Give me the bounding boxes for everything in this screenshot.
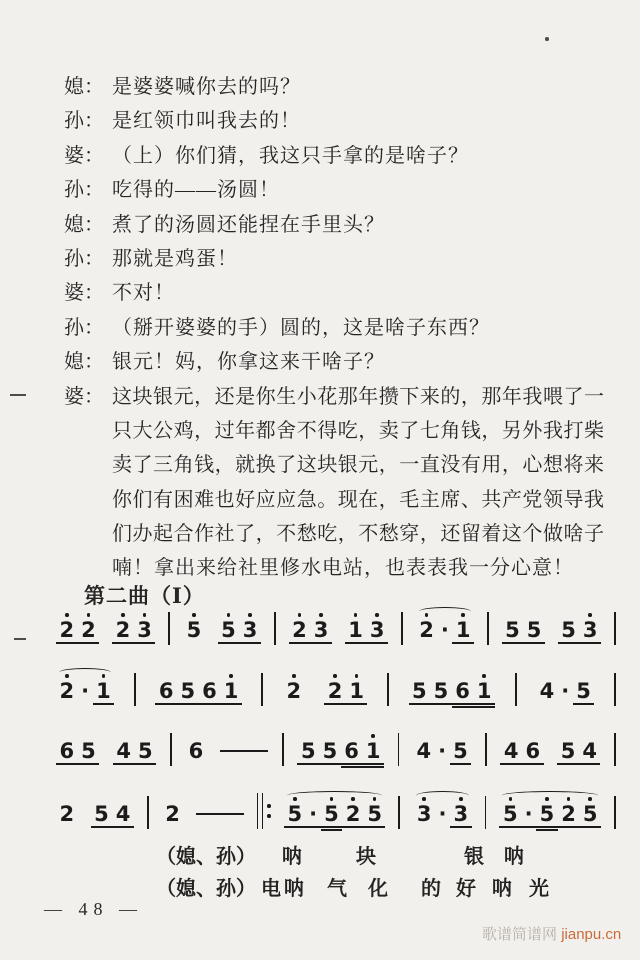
lyric-syllable: 呐 [282, 840, 302, 869]
augmentation-dot: · [521, 797, 536, 825]
note: 5 [558, 613, 580, 641]
note: 3 [579, 613, 601, 641]
octave-dot [588, 613, 592, 617]
note-value: 4 [582, 740, 597, 762]
note-value: 5 [323, 740, 338, 762]
note-value: 5 [180, 680, 195, 702]
watermark-site-url: jianpu.cn [561, 926, 621, 943]
page-number: — 48 — [44, 899, 143, 920]
note: 3 [450, 797, 472, 825]
note-group: 6 [185, 734, 207, 762]
dialogue-line: 媳：是婆婆喊你去的吗？ [64, 70, 604, 104]
lyric-syllable: 的 [421, 872, 441, 901]
note-value: 2 [346, 803, 361, 825]
lyric-syllable: 化 [368, 872, 388, 901]
note-value: 6 [525, 740, 540, 762]
repeat-dots [267, 804, 271, 817]
octave-dot [375, 613, 379, 617]
note-value: 5 [287, 803, 302, 825]
octave-dot [87, 613, 91, 617]
note-value: 5 [561, 740, 576, 762]
dialogue-line: 卖了三角钱，就换了这块银元，一直没有用，心想将来 [64, 448, 604, 482]
dialogue-text: （掰开婆婆的手）圆的，这是啥子东西？ [112, 311, 490, 345]
barline [614, 796, 616, 829]
note-value: 2 [81, 619, 96, 641]
note: 5 [134, 734, 156, 762]
dialogue-text: 只大公鸡，过年都舍不得吃，卖了七角钱，另外我打柴 [112, 414, 604, 448]
note: 2 [78, 613, 100, 641]
note: 4 [113, 734, 135, 762]
lyric-role-label: （媳、孙） [156, 840, 256, 869]
dialogue-line: 媳：煮了的汤圆还能捏在手里头？ [64, 208, 604, 242]
note: 5 [177, 674, 199, 702]
note: 5 [409, 674, 431, 702]
note-value: 4 [116, 803, 131, 825]
octave-dot [65, 613, 69, 617]
octave-dot [333, 674, 337, 678]
note-value: 1 [348, 619, 363, 641]
speaker-label: 媳： [64, 345, 112, 379]
dialogue-line: 婆：这块银元，还是你生小花那年攒下来的，那年我喂了一 [64, 380, 604, 414]
note-value: 5 [187, 619, 202, 641]
dialogue-text: （上）你们猜，我这只手拿的是啥子？ [112, 139, 469, 173]
note: 1 [362, 734, 384, 762]
barline [614, 673, 616, 706]
speaker-label: 婆： [64, 380, 112, 414]
octave-dot [545, 797, 549, 801]
note-group: 2·1 [56, 674, 114, 702]
note: 4 [579, 734, 601, 762]
note-value: 3 [583, 619, 598, 641]
speaker-label: 婆： [64, 139, 112, 173]
note-value: · [309, 803, 317, 825]
barline [134, 673, 136, 706]
note-value: 2 [419, 619, 434, 641]
note-value: 6 [344, 740, 359, 762]
octave-dot [229, 674, 233, 678]
note-value: 2 [292, 619, 307, 641]
augmentation-dot: · [78, 674, 93, 702]
note-value: 5 [453, 740, 468, 762]
octave-dot [121, 613, 125, 617]
octave-dot [65, 674, 69, 678]
note: 5 [183, 613, 205, 641]
augmentation-dot: · [306, 797, 321, 825]
note-value: 5 [583, 803, 598, 825]
note-group: 5561 [297, 734, 384, 762]
note-group: 53 [218, 613, 261, 641]
score-line: 25425·5253·35·525 [56, 793, 616, 825]
note-value: 5 [138, 740, 153, 762]
dialogue-line: 孙：是红领巾叫我去的！ [64, 104, 604, 138]
note-group: 53 [558, 613, 601, 641]
note: 3 [239, 613, 261, 641]
note: 1 [473, 674, 495, 702]
dialogue-text: 不对！ [112, 276, 175, 310]
octave-dot [588, 797, 592, 801]
note: 4 [536, 674, 558, 702]
note-group: 23 [289, 613, 332, 641]
note-value: · [441, 619, 449, 641]
octave-dot [292, 674, 296, 678]
note-value: 3 [453, 803, 468, 825]
note-group: 3·3 [413, 797, 471, 825]
note-value: 5 [81, 740, 96, 762]
note-value: 1 [96, 680, 111, 702]
octave-dot [143, 613, 147, 617]
score-line: 6545655614·54654 [56, 733, 616, 762]
barline [387, 673, 389, 706]
dialogue-text: 是婆婆喊你去的吗？ [112, 70, 301, 104]
speaker-label: 媳： [64, 208, 112, 242]
dialogue-text: 卖了三角钱，就换了这块银元，一直没有用，心想将来 [112, 448, 604, 482]
note: 4 [413, 734, 435, 762]
octave-dot [422, 797, 426, 801]
note: 5 [502, 613, 524, 641]
note: 6 [155, 674, 177, 702]
barline [515, 673, 517, 706]
octave-dot [102, 674, 106, 678]
note: 2 [56, 613, 78, 641]
barline [485, 733, 487, 766]
barline [401, 612, 403, 645]
lyric-syllable: 电 [261, 872, 281, 901]
repeat-dot [267, 814, 271, 818]
dialogue-line: 媳：银元！妈，你拿这来干啥子？ [64, 345, 604, 379]
note-value: 5 [301, 740, 316, 762]
dialogue-text: 是红领巾叫我去的！ [112, 104, 301, 138]
dialogue-line: 你们有困难也好应应急。现在，毛主席、共产党领导我 [64, 483, 604, 517]
dialogue-text: 们办起合作社了，不愁吃，不愁穿，还留着这个做啥子 [112, 517, 604, 551]
note-group: 65 [56, 734, 99, 762]
note-value: 5 [324, 803, 339, 825]
note-value: 2 [561, 803, 576, 825]
lyric-syllable: 块 [356, 840, 376, 869]
barline [398, 796, 400, 829]
dialogue-line: 孙：（掰开婆婆的手）圆的，这是啥子东西？ [64, 311, 604, 345]
octave-dot [248, 613, 252, 617]
augmentation-dot: · [558, 674, 573, 702]
note-group: 2 [162, 797, 184, 825]
note: 5 [78, 734, 100, 762]
octave-dot [355, 674, 359, 678]
dialogue-text: 你们有困难也好应应急。现在，毛主席、共产党领导我 [112, 483, 604, 517]
dialogue-line: 孙：那就是鸡蛋！ [64, 242, 604, 276]
dialogue-line: 婆：不对！ [64, 276, 604, 310]
octave-dot [482, 674, 486, 678]
lyric-syllable: 银 [464, 840, 484, 869]
note-value: 5 [503, 803, 518, 825]
octave-dot [425, 613, 429, 617]
note: 5 [450, 734, 472, 762]
watermark: 歌谱简谱网 jianpu.cn [482, 923, 621, 944]
barline [485, 796, 487, 829]
barline [147, 796, 149, 829]
note-value: 1 [349, 680, 364, 702]
note: 5 [523, 613, 545, 641]
lyrics-row: （媳、孙）电呐气化的好呐光 [0, 872, 640, 900]
lyric-syllable: 呐 [504, 840, 524, 869]
note-value: 5 [540, 803, 555, 825]
note-value: 2 [60, 680, 75, 702]
note-group: 23 [112, 613, 155, 641]
dialogue-line: 们办起合作社了，不愁吃，不愁穿，还留着这个做啥子 [64, 517, 604, 551]
dialogue-text: 吃得的——汤圆！ [112, 173, 280, 207]
octave-dot [459, 797, 463, 801]
note: 1 [452, 613, 474, 641]
note: 6 [341, 734, 363, 762]
note-value: 5 [561, 619, 576, 641]
note-group: 22 [56, 613, 99, 641]
note: 1 [345, 613, 367, 641]
octave-dot [373, 797, 377, 801]
augmentation-dot: · [435, 797, 450, 825]
barline [398, 733, 400, 766]
lyrics-row: （媳、孙）呐块银呐 [0, 840, 640, 868]
note-value: 5 [367, 803, 382, 825]
note-value: 4 [504, 740, 519, 762]
note-value: · [438, 740, 446, 762]
note-value: 6 [159, 680, 174, 702]
scan-artifact [10, 394, 26, 396]
note: 2 [416, 613, 438, 641]
note-value: 2 [286, 680, 301, 702]
note-value: 3 [314, 619, 329, 641]
note: 1 [346, 674, 368, 702]
octave-dot [461, 613, 465, 617]
note-value: · [81, 680, 89, 702]
note: 5 [218, 613, 240, 641]
note: 3 [366, 613, 388, 641]
note-value: 5 [527, 619, 542, 641]
note-group: 21 [324, 674, 367, 702]
note: 6 [185, 734, 207, 762]
note-value: 2 [328, 680, 343, 702]
lyric-role-label: （媳、孙） [156, 872, 256, 901]
octave-dot [354, 613, 358, 617]
lyric-syllable: 呐 [284, 872, 304, 901]
note-value: · [561, 680, 569, 702]
octave-dot [227, 613, 231, 617]
note-value: 1 [456, 619, 471, 641]
scanned-score-page: 媳：是婆婆喊你去的吗？孙：是红领巾叫我去的！婆：（上）你们猜，我这只手拿的是啥子… [0, 0, 640, 960]
octave-dot [509, 797, 513, 801]
note: 5 [573, 674, 595, 702]
note: 6 [452, 674, 474, 702]
note-group: 46 [500, 734, 543, 762]
note-value: · [438, 803, 446, 825]
note-group: 54 [557, 734, 600, 762]
held-note-dash [196, 813, 244, 815]
note-group: 5561 [409, 674, 496, 702]
note-value: 2 [60, 619, 75, 641]
note-value: 5 [576, 680, 591, 702]
speaker-label: 孙： [64, 104, 112, 138]
note: 6 [522, 734, 544, 762]
note: 6 [56, 734, 78, 762]
octave-dot [298, 613, 302, 617]
barline [614, 733, 616, 766]
scan-artifact [14, 638, 26, 640]
note-value: 4 [540, 680, 555, 702]
note-value: 3 [417, 803, 432, 825]
speaker-label: 媳： [64, 70, 112, 104]
watermark-site-name: 歌谱简谱网 [482, 926, 557, 943]
note: 5 [297, 734, 319, 762]
octave-dot [351, 797, 355, 801]
note-group: 55 [502, 613, 545, 641]
note: 2 [342, 797, 364, 825]
note-value: 4 [116, 740, 131, 762]
note-group: 2·1 [416, 613, 474, 641]
dialogue-line: 婆：（上）你们猜，我这只手拿的是啥子？ [64, 139, 604, 173]
note: 2 [56, 674, 78, 702]
dialogue: 媳：是婆婆喊你去的吗？孙：是红领巾叫我去的！婆：（上）你们猜，我这只手拿的是啥子… [64, 70, 604, 586]
note-value: · [525, 803, 533, 825]
note: 1 [93, 674, 115, 702]
note: 3 [413, 797, 435, 825]
note: 5 [430, 674, 452, 702]
dialogue-line: 孙：吃得的——汤圆！ [64, 173, 604, 207]
note: 5 [91, 797, 113, 825]
note-value: 5 [434, 680, 449, 702]
note: 4 [112, 797, 134, 825]
octave-dot [330, 797, 334, 801]
note: 2 [324, 674, 346, 702]
note-value: 2 [165, 803, 180, 825]
note-value: 3 [137, 619, 152, 641]
note-value: 3 [243, 619, 258, 641]
note: 3 [134, 613, 156, 641]
speaker-label: 孙： [64, 242, 112, 276]
speaker-label: 婆： [64, 276, 112, 310]
barline [487, 612, 489, 645]
note-value: 2 [116, 619, 131, 641]
note: 5 [536, 797, 558, 825]
octave-dot [319, 613, 323, 617]
held-note-dash [220, 750, 268, 752]
dialogue-text: 煮了的汤圆还能捏在手里头？ [112, 208, 385, 242]
note-group: 54 [91, 797, 134, 825]
note-value: 2 [60, 803, 75, 825]
barline [261, 673, 263, 706]
note-value: 4 [417, 740, 432, 762]
note: 2 [162, 797, 184, 825]
note: 2 [283, 674, 305, 702]
dialogue-text: 这块银元，还是你生小花那年攒下来的，那年我喂了一 [112, 380, 604, 414]
note-group: 13 [345, 613, 388, 641]
note-group: 4·5 [536, 674, 594, 702]
augmentation-dot: · [437, 613, 452, 641]
note: 6 [199, 674, 221, 702]
note: 2 [289, 613, 311, 641]
dialogue-text: 那就是鸡蛋！ [112, 242, 238, 276]
note-group: 5·525 [284, 797, 385, 825]
note: 2 [558, 797, 580, 825]
note-value: 6 [189, 740, 204, 762]
note: 4 [500, 734, 522, 762]
note-value: 5 [505, 619, 520, 641]
score-line: 222355323132·15553 [56, 612, 616, 641]
repeat-barline [257, 793, 271, 829]
octave-dot [293, 797, 297, 801]
note: 5 [557, 734, 579, 762]
note-value: 1 [224, 680, 239, 702]
song-heading: 第二曲（Ⅰ） [84, 580, 205, 610]
speaker-label: 孙： [64, 173, 112, 207]
note: 2 [56, 797, 78, 825]
augmentation-dot: · [435, 734, 450, 762]
note: 5 [364, 797, 386, 825]
octave-dot [371, 734, 375, 738]
note-value: 1 [477, 680, 492, 702]
barline [168, 612, 170, 645]
barline [170, 733, 172, 766]
repeat-bars [257, 793, 263, 829]
dialogue-text: 银元！妈，你拿这来干啥子？ [112, 345, 385, 379]
note-value: 5 [94, 803, 109, 825]
dialogue-line: 只大公鸡，过年都舍不得吃，卖了七角钱，另外我打柴 [64, 414, 604, 448]
barline [282, 733, 284, 766]
barline [614, 612, 616, 645]
repeat-dot [267, 804, 271, 808]
score-line: 2·1656122155614·5 [56, 673, 616, 702]
lyric-syllable: 光 [529, 872, 549, 901]
note-value: 3 [370, 619, 385, 641]
note-group: 2 [56, 797, 78, 825]
lyric-syllable: 好 [456, 872, 476, 901]
barline [274, 612, 276, 645]
note: 5 [319, 734, 341, 762]
note-value: 6 [60, 740, 75, 762]
note-group: 5·525 [499, 797, 600, 825]
note-value: 1 [366, 740, 381, 762]
note-value: 6 [202, 680, 217, 702]
lyric-syllable: 呐 [492, 872, 512, 901]
speaker-label: 孙： [64, 311, 112, 345]
note-value: 5 [221, 619, 236, 641]
scan-artifact [545, 37, 549, 41]
note: 5 [321, 797, 343, 825]
octave-dot [567, 797, 571, 801]
note-group: 4·5 [413, 734, 471, 762]
note: 1 [220, 674, 242, 702]
note: 5 [499, 797, 521, 825]
note-value: 6 [455, 680, 470, 702]
note: 5 [284, 797, 306, 825]
octave-dot [192, 613, 196, 617]
note-group: 6561 [155, 674, 242, 702]
note-group: 5 [183, 613, 205, 641]
note-value: 5 [412, 680, 427, 702]
note: 5 [579, 797, 601, 825]
note-group: 45 [113, 734, 156, 762]
note-group: 2 [283, 674, 305, 702]
lyric-syllable: 气 [327, 872, 347, 901]
note: 2 [112, 613, 134, 641]
note: 3 [310, 613, 332, 641]
